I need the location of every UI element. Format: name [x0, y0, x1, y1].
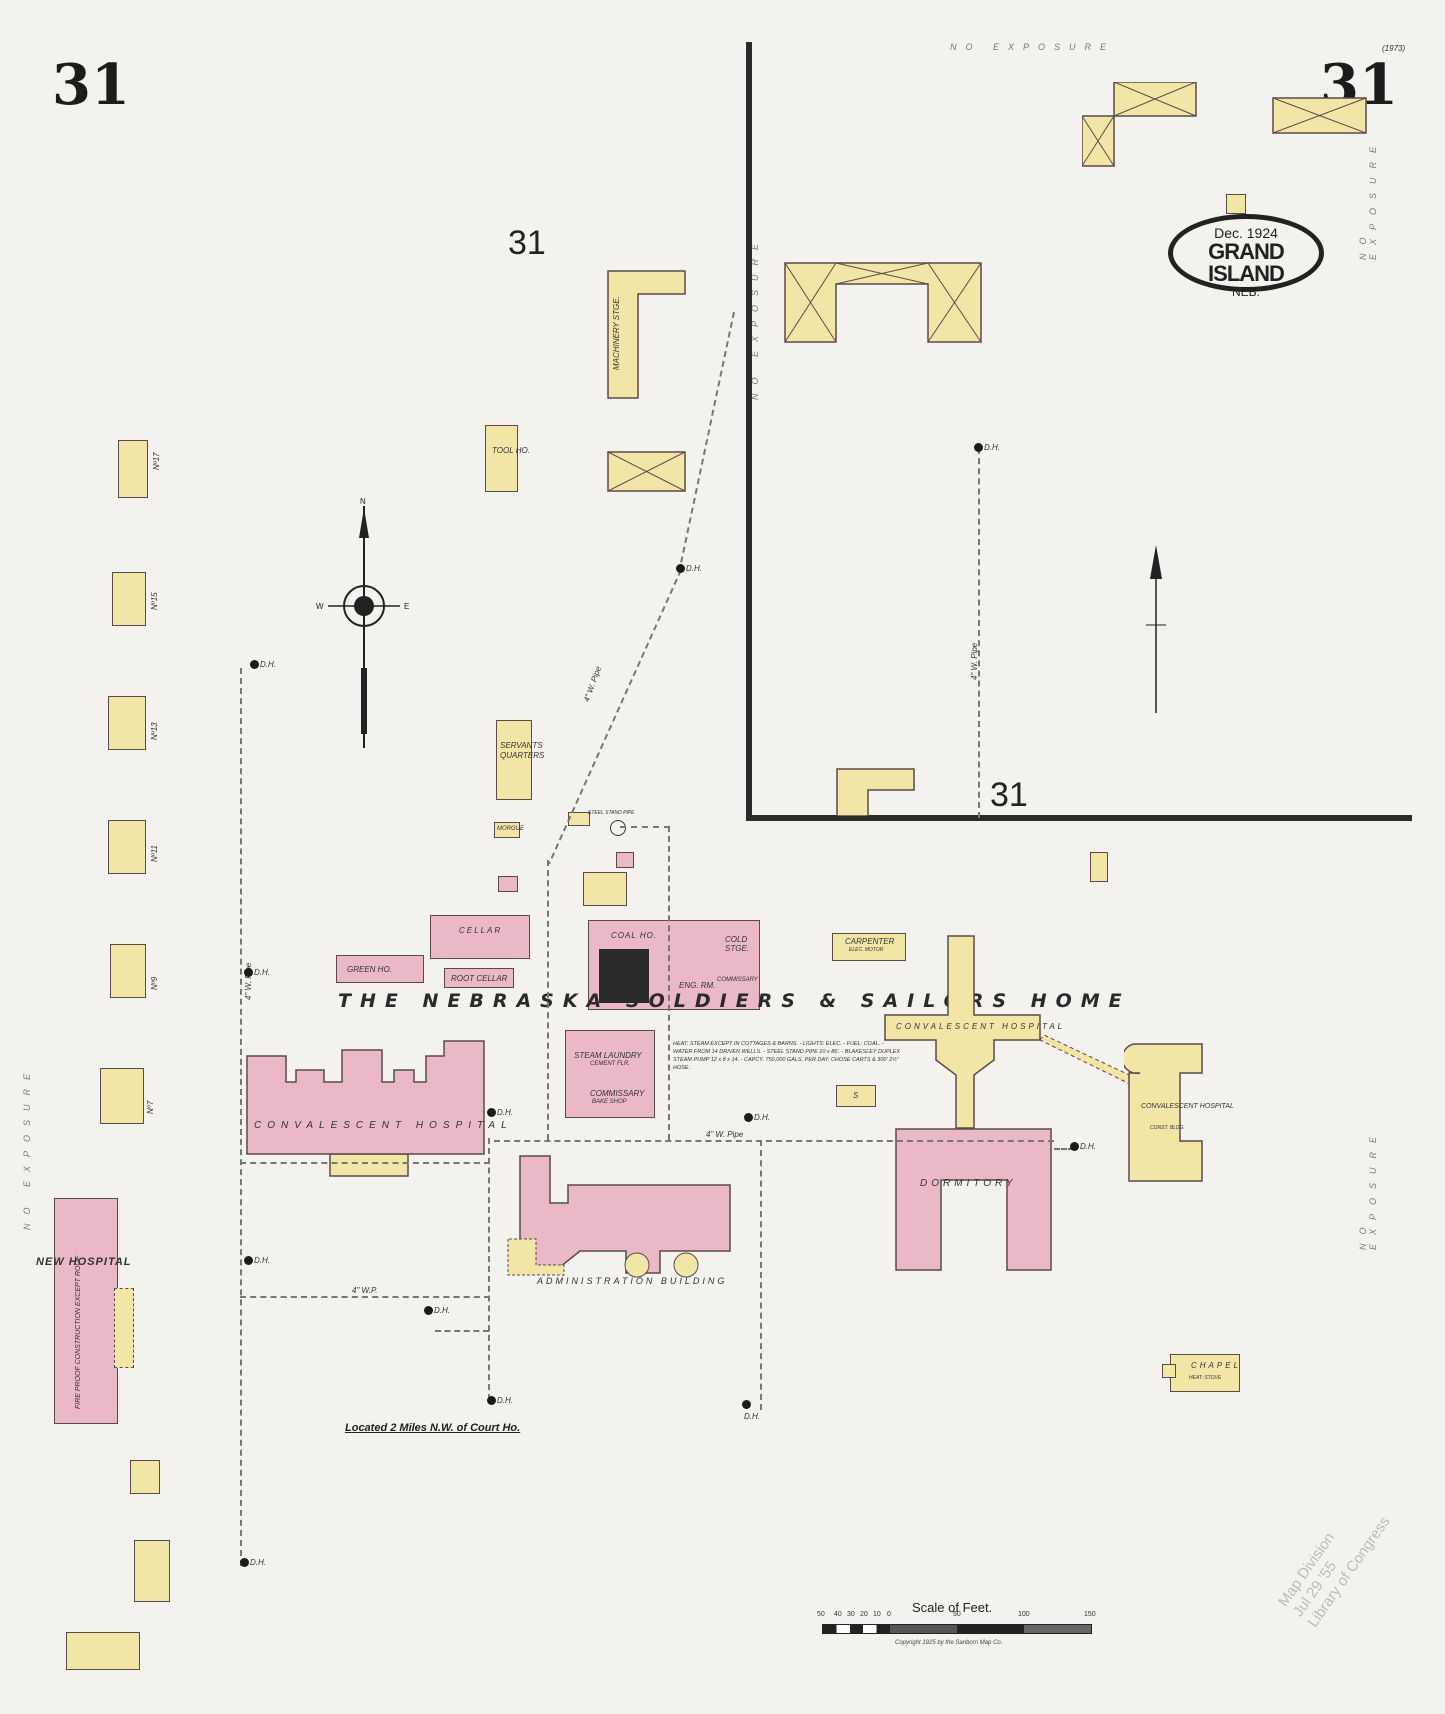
engine-room-label: ENG. RM. — [679, 981, 715, 990]
hydrant-icon — [742, 1400, 751, 1409]
hydrant-label: D.H. — [254, 1256, 270, 1265]
section-number-lower: 31 — [990, 776, 1028, 815]
hydrant-label: D.H. — [984, 443, 1000, 452]
boundary-line-vertical — [746, 42, 752, 820]
corner-note: (1973) — [1382, 44, 1405, 53]
water-pipe-main-east — [494, 1140, 1054, 1142]
barn-m — [1272, 97, 1368, 135]
hydrant-label: D.H. — [744, 1412, 760, 1421]
water-pipe-west — [240, 668, 242, 1566]
green-house-label: GREEN HO. — [347, 965, 392, 974]
scale-tick: 30 — [847, 1611, 855, 1618]
cottage-16-15 — [112, 572, 146, 626]
chapel: CHAPEL HEAT: STOVE — [1170, 1354, 1240, 1392]
cottage-label-11: Nº11 — [150, 845, 159, 862]
barn-j — [784, 262, 982, 344]
title-cartouche: Dec. 1924 GRAND ISLAND NEB. — [1168, 214, 1324, 292]
chapel-vestibule — [1162, 1364, 1176, 1378]
barn-e — [607, 451, 687, 493]
hydrant-icon — [424, 1306, 433, 1315]
cottage-label-9: Nº9 — [150, 977, 159, 990]
hydrant-label: D.H. — [1080, 1142, 1096, 1151]
hydrant-label: D.H. — [686, 564, 702, 573]
north-arrow-icon — [1146, 545, 1166, 715]
administration-building — [500, 1155, 780, 1285]
exposure-top: NO EXPOSURE — [950, 42, 1115, 52]
water-pipe-ne — [978, 448, 980, 818]
steam-laundry: STEAM LAUNDRY CEMENT FLR. COMMISSARY BAK… — [565, 1030, 655, 1118]
library-stamp: Map Division Jul 29 '55 Library of Congr… — [1275, 1493, 1394, 1631]
cottage-14-13 — [108, 696, 146, 750]
hydrant-label: D.H. — [254, 968, 270, 977]
root-cellar-label: ROOT CELLAR — [451, 974, 507, 983]
s-shed: S — [836, 1085, 876, 1107]
cottage-18-17 — [118, 440, 148, 498]
cellar: CELLAR — [430, 915, 530, 959]
morgue: MORGUE — [494, 822, 520, 838]
morgue-label: MORGUE — [497, 826, 524, 832]
hydrant-icon — [744, 1113, 753, 1122]
scale-tick: 50 — [953, 1611, 961, 1618]
hydrant-icon — [240, 1558, 249, 1567]
svg-text:N: N — [360, 498, 366, 506]
exposure-left: NO EXPOSURE — [22, 1065, 32, 1230]
cellar-label: CELLAR — [459, 926, 502, 935]
hydrant-label: D.H. — [250, 1558, 266, 1567]
scale-tick: 150 — [1084, 1611, 1096, 1618]
svg-text:W: W — [316, 602, 324, 611]
utility-note: HEAT: STEAM EXCEPT IN COTTAGES & BARNS. … — [673, 1040, 903, 1072]
hydrant-icon — [244, 1256, 253, 1265]
cottage-small-3 — [66, 1632, 140, 1670]
water-pipe-center — [547, 860, 549, 1140]
cottage-small-1 — [130, 1460, 160, 1494]
hydrant-icon — [676, 564, 685, 573]
cottage-label-7: Nº7 — [146, 1101, 155, 1114]
cottage-label-15: Nº15 — [150, 592, 159, 610]
pipe-label-wp: 4" W.P. — [352, 1286, 378, 1295]
new-hospital-porch — [114, 1288, 134, 1368]
small-frame-shed-h — [1090, 852, 1108, 882]
small-shed — [1226, 194, 1246, 214]
water-pipe-diagonal — [545, 568, 685, 868]
small-brick-shed — [498, 876, 518, 892]
new-hospital-note: FIRE PROOF CONSTRUCTION EXCEPT ROOF — [75, 1256, 82, 1409]
hydrant-label: D.H. — [260, 660, 276, 669]
steam-laundry-label: STEAM LAUNDRY — [574, 1051, 642, 1060]
water-pipe-h2 — [240, 1296, 490, 1298]
administration-building-label: ADMINISTRATION BUILDING — [537, 1276, 727, 1286]
machinery-storage-label: MACHINERY STGE. — [612, 296, 621, 370]
dormitory-label: DORMITORY — [920, 1178, 1017, 1189]
tool-house-label: TOOL HO. — [492, 446, 530, 455]
servants-quarters-label: SERVANTS QUARTERS — [500, 741, 532, 761]
water-pipe-admin-west — [488, 1138, 490, 1400]
cottage-12-11 — [108, 820, 146, 874]
cartouche-city: GRAND ISLAND — [1173, 241, 1319, 285]
hydrant-label: D.H. — [497, 1396, 513, 1405]
shed-bottom-boundary — [836, 768, 916, 816]
copyright-note: Copyright 1925 by the Sanborn Map Co. — [895, 1640, 1002, 1646]
chapel-label: CHAPEL — [1191, 1361, 1241, 1370]
steam-laundry-sub: CEMENT FLR. — [590, 1061, 630, 1067]
commissary-bake-sub: BAKE SHOP — [592, 1099, 627, 1105]
hydrant-icon — [250, 660, 259, 669]
exposure-right-upper: NO EXPOSURE — [1358, 138, 1378, 260]
commissary-label: COMMISSARY — [717, 977, 758, 983]
scale-tick: 10 — [873, 1611, 881, 1618]
chapel-sub: HEAT: STOVE — [1189, 1375, 1221, 1381]
convalescent-hospital-west-label: CONVALESCENT HOSPITAL — [254, 1120, 513, 1131]
convalescent-hospital-center — [884, 935, 1044, 1130]
water-pipe-diagonal-upper — [676, 310, 738, 572]
scale-tick: 40 — [834, 1611, 842, 1618]
scale-bar — [822, 1624, 1092, 1634]
hydrant-icon — [487, 1108, 496, 1117]
compass-rose-icon: N W E — [316, 498, 412, 758]
pipe-label-ne: 4" W. Pipe — [970, 643, 979, 680]
scale-tick: 50 — [817, 1611, 825, 1618]
servants-quarters: SERVANTS QUARTERS — [496, 720, 532, 800]
green-house: GREEN HO. — [336, 955, 424, 983]
cottage-small-2 — [134, 1540, 170, 1602]
exposure-right-lower: NO EXPOSURE — [1358, 1128, 1378, 1250]
new-hospital: FIRE PROOF CONSTRUCTION EXCEPT ROOF — [54, 1198, 118, 1424]
sheet-number-left: 31 — [52, 52, 130, 118]
scale-tick: 100 — [1018, 1611, 1030, 1618]
hydrant-label: D.H. — [497, 1108, 513, 1117]
section-number-upper: 31 — [508, 224, 546, 263]
tool-house: TOOL HO. — [485, 425, 518, 492]
cottage-8-7 — [100, 1068, 144, 1124]
water-pipe-stand — [668, 826, 670, 1140]
dormitory — [895, 1128, 1053, 1272]
cottage-label-13: Nº13 — [150, 722, 159, 740]
location-note: Located 2 Miles N.W. of Court Ho. — [345, 1422, 520, 1434]
carpenter-sub: ELEC. MOTOR — [849, 947, 883, 953]
convalescent-hospital-east-sub: CONST. BLDG. — [1150, 1125, 1185, 1131]
hydrant-icon — [244, 968, 253, 977]
hydrant-label: D.H. — [434, 1306, 450, 1315]
barn-l — [1082, 82, 1198, 168]
convalescent-hospital-east — [1124, 1043, 1204, 1183]
cold-storage-label: COLD STGE. — [725, 935, 755, 953]
water-pipe-h1 — [240, 1162, 490, 1164]
commissary-bake-label: COMMISSARY — [590, 1089, 644, 1098]
convalescent-hospital-center-label: CONVALESCENT HOSPITAL — [896, 1022, 1065, 1031]
hydrant-icon — [1070, 1142, 1079, 1151]
cottage-label-17: Nº17 — [152, 452, 161, 470]
hydrant-icon — [487, 1396, 496, 1405]
root-cellar: ROOT CELLAR — [444, 968, 514, 988]
s-shed-label: S — [853, 1091, 858, 1100]
cartouche-state: NEB. — [1173, 285, 1319, 299]
svg-text:E: E — [404, 602, 409, 611]
frame-shed-a — [583, 872, 627, 906]
scale-tick: 20 — [860, 1611, 868, 1618]
water-pipe-admin-east — [760, 1140, 762, 1410]
cottage-10-9 — [110, 944, 146, 998]
convalescent-hospital-east-label: CONVALESCENT HOSPITAL — [1141, 1103, 1234, 1110]
pipe-label-main: 4" W. Pipe — [706, 1130, 743, 1139]
hydrant-icon — [974, 443, 983, 452]
scale-tick: 0 — [887, 1611, 891, 1618]
coal-house-label: COAL HO. — [611, 931, 657, 940]
new-hospital-label: NEW HOSPITAL — [36, 1256, 132, 1268]
convalescent-hospital-west — [246, 1040, 488, 1178]
water-pipe-h3 — [435, 1330, 489, 1332]
hydrant-label: D.H. — [754, 1113, 770, 1122]
